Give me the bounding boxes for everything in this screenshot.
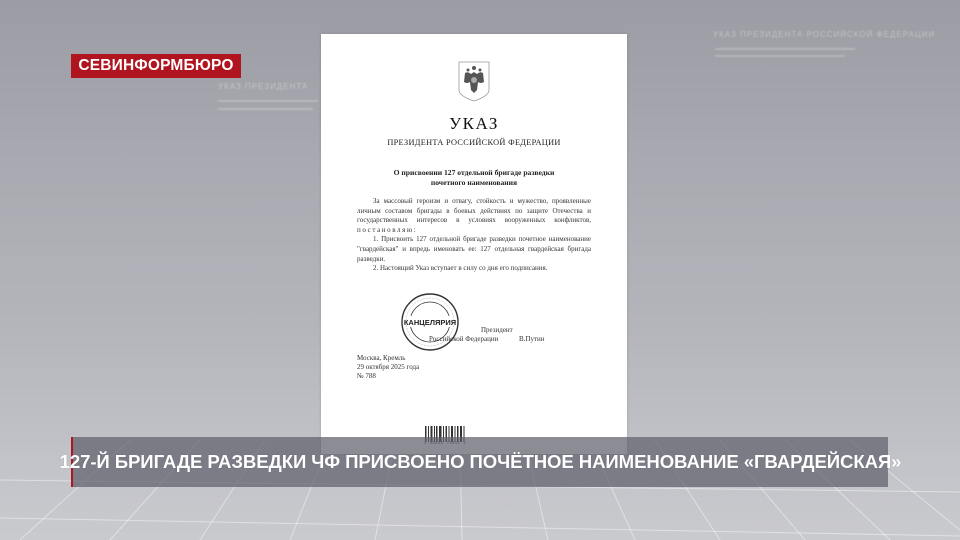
russian-coat-of-arms-icon (457, 60, 491, 102)
lower-third-banner: 127-Й БРИГАДЕ РАЗВЕДКИ ЧФ ПРИСВОЕНО ПОЧЁ… (71, 437, 888, 487)
signature-position-line: Российской Федерации (429, 335, 513, 344)
background-ghost-text: УКАЗ ПРЕЗИДЕНТА РОССИЙСКОЙ ФЕДЕРАЦИИ (713, 30, 935, 39)
background-ghost-line (218, 100, 318, 102)
decree-heading-line: О присвоении 127 отдельной бригаде разве… (321, 168, 627, 178)
news-headline: 127-Й БРИГАДЕ РАЗВЕДКИ ЧФ ПРИСВОЕНО ПОЧЁ… (60, 451, 902, 473)
decree-place: Москва, Кремль (357, 354, 419, 363)
preamble-text: За массовый героизм и отвагу, стойкость … (357, 197, 591, 224)
signature-position: Президент Российской Федерации (429, 326, 513, 345)
decree-subtitle: ПРЕЗИДЕНТА РОССИЙСКОЙ ФЕДЕРАЦИИ (321, 138, 627, 147)
decree-word: постановляю: (357, 226, 417, 234)
signature-position-line: Президент (481, 326, 513, 335)
decree-heading: О присвоении 127 отдельной бригаде разве… (321, 168, 627, 188)
decree-item-1: 1. Присвоить 127 отдельной бригаде разве… (357, 235, 591, 264)
decree-body: За массовый героизм и отвагу, стойкость … (357, 197, 591, 274)
decree-heading-line: почетного наименования (321, 178, 627, 188)
decree-preamble: За массовый героизм и отвагу, стойкость … (357, 197, 591, 235)
background-ghost-text: УКАЗ ПРЕЗИДЕНТА (218, 82, 308, 91)
decree-meta: Москва, Кремль 29 октября 2025 года № 78… (357, 354, 419, 382)
background-ghost-line (218, 108, 313, 110)
decree-item-2: 2. Настоящий Указ вступает в силу со дня… (357, 264, 591, 274)
decree-date: 29 октября 2025 года (357, 363, 419, 372)
background-ghost-line (715, 48, 855, 50)
decree-title: УКАЗ (321, 114, 627, 134)
decree-number: № 788 (357, 372, 419, 381)
decree-document: УКАЗ ПРЕЗИДЕНТА РОССИЙСКОЙ ФЕДЕРАЦИИ О п… (321, 34, 627, 454)
signature-name: В.Путин (519, 335, 545, 343)
channel-logo: СЕВИНФОРМБЮРО (71, 54, 241, 78)
background-ghost-line (715, 55, 845, 57)
